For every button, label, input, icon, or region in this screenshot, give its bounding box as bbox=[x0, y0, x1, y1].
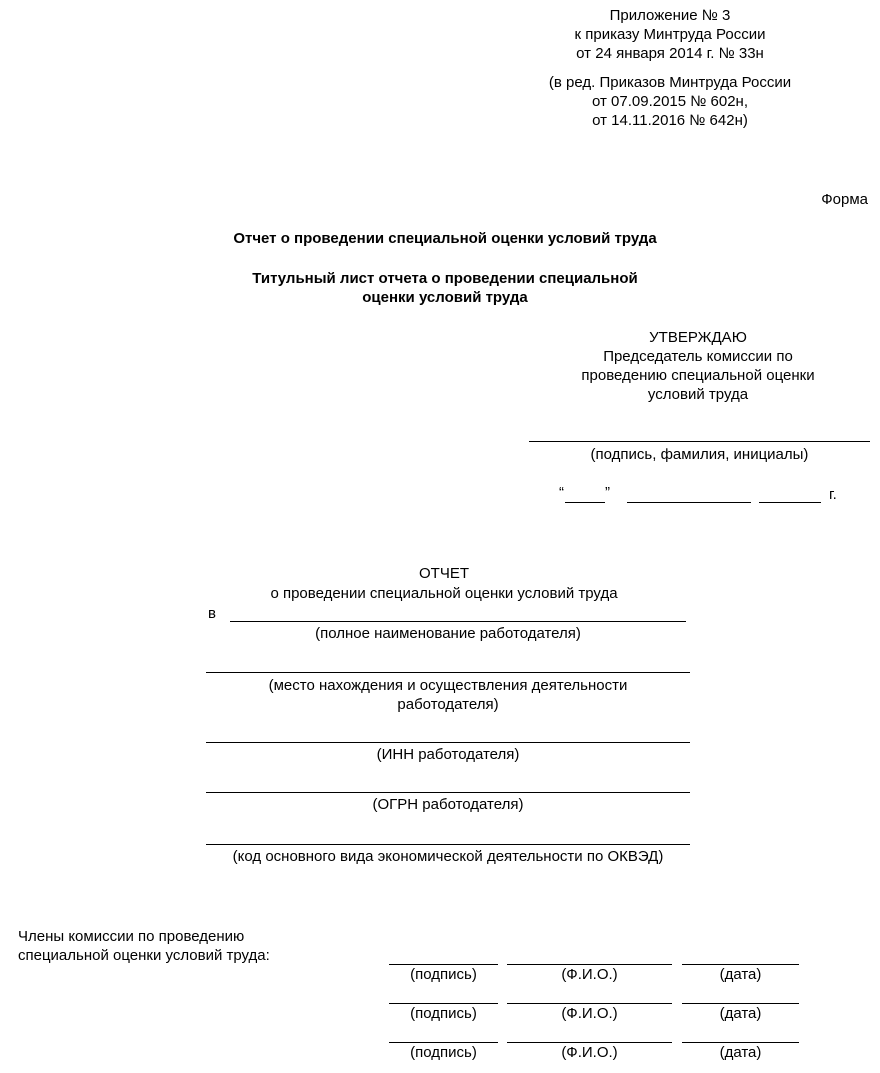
commission-field-caption: (дата) bbox=[682, 1044, 799, 1061]
employer-ogrn-caption: (ОГРН работодателя) bbox=[206, 796, 690, 813]
commission-field-line[interactable] bbox=[507, 1042, 672, 1043]
year-suffix: г. bbox=[829, 486, 837, 503]
employer-location-caption: (место нахождения и осуществления деятел… bbox=[206, 676, 690, 714]
commission-field-line[interactable] bbox=[507, 1003, 672, 1004]
appendix-line: от 24 января 2014 г. № 33н bbox=[540, 44, 800, 63]
commission-field-caption: (Ф.И.О.) bbox=[507, 1044, 672, 1061]
commission-field-line[interactable] bbox=[389, 1042, 498, 1043]
commission-field-line[interactable] bbox=[682, 1003, 799, 1004]
commission-field-line[interactable] bbox=[682, 1042, 799, 1043]
appendix-line: к приказу Минтруда России bbox=[540, 25, 800, 44]
employer-inn-line[interactable] bbox=[206, 742, 690, 743]
employer-okved-line[interactable] bbox=[206, 844, 690, 845]
approval-signature-line[interactable] bbox=[529, 441, 870, 442]
commission-field-line[interactable] bbox=[389, 1003, 498, 1004]
date-year-line[interactable] bbox=[759, 502, 821, 503]
amendment-line: от 14.11.2016 № 642н) bbox=[520, 111, 820, 130]
commission-field-line[interactable] bbox=[389, 964, 498, 965]
caption-line: работодателя) bbox=[206, 695, 690, 714]
commission-field-caption: (подпись) bbox=[389, 1044, 498, 1061]
commission-label-line: специальной оценки условий труда: bbox=[18, 946, 270, 965]
caption-line: (место нахождения и осуществления деятел… bbox=[206, 676, 690, 695]
subtitle-line: оценки условий труда bbox=[150, 288, 740, 307]
date-month-line[interactable] bbox=[627, 502, 751, 503]
employer-inn-caption: (ИНН работодателя) bbox=[206, 746, 690, 763]
approval-line: условий труда bbox=[548, 385, 848, 404]
approval-line: проведению специальной оценки bbox=[548, 366, 848, 385]
commission-field-line[interactable] bbox=[682, 964, 799, 965]
date-day-line[interactable] bbox=[565, 502, 605, 503]
document-title: Отчет о проведении специальной оценки ус… bbox=[150, 230, 740, 247]
approval-block: УТВЕРЖДАЮ Председатель комиссии по прове… bbox=[548, 328, 848, 404]
date-close-quote: ” bbox=[605, 484, 610, 501]
document-subtitle: Титульный лист отчета о проведении специ… bbox=[150, 269, 740, 307]
amendment-line: (в ред. Приказов Минтруда России bbox=[520, 73, 820, 92]
commission-field-caption: (подпись) bbox=[389, 1005, 498, 1022]
approval-signature-caption: (подпись, фамилия, инициалы) bbox=[529, 446, 870, 463]
employer-name-caption: (полное наименование работодателя) bbox=[206, 625, 690, 642]
form-label: Форма bbox=[821, 191, 868, 208]
report-heading: ОТЧЕТ bbox=[190, 565, 698, 582]
commission-field-caption: (дата) bbox=[682, 1005, 799, 1022]
commission-field-caption: (Ф.И.О.) bbox=[507, 1005, 672, 1022]
report-subheading: о проведении специальной оценки условий … bbox=[190, 585, 698, 602]
commission-label-line: Члены комиссии по проведению bbox=[18, 927, 270, 946]
commission-label: Члены комиссии по проведению специальной… bbox=[18, 927, 270, 965]
appendix-line: Приложение № 3 bbox=[540, 6, 800, 25]
employer-name-line[interactable] bbox=[230, 621, 686, 622]
report-prefix-in: в bbox=[208, 605, 216, 622]
employer-location-line[interactable] bbox=[206, 672, 690, 673]
date-open-quote: “ bbox=[559, 484, 564, 501]
amendment-line: от 07.09.2015 № 602н, bbox=[520, 92, 820, 111]
subtitle-line: Титульный лист отчета о проведении специ… bbox=[150, 269, 740, 288]
approval-heading: УТВЕРЖДАЮ bbox=[548, 328, 848, 347]
employer-ogrn-line[interactable] bbox=[206, 792, 690, 793]
approval-line: Председатель комиссии по bbox=[548, 347, 848, 366]
commission-field-caption: (дата) bbox=[682, 966, 799, 983]
commission-field-caption: (Ф.И.О.) bbox=[507, 966, 672, 983]
employer-okved-caption: (код основного вида экономической деятел… bbox=[200, 848, 696, 865]
commission-field-caption: (подпись) bbox=[389, 966, 498, 983]
commission-field-line[interactable] bbox=[507, 964, 672, 965]
amendments-block: (в ред. Приказов Минтруда России от 07.0… bbox=[520, 73, 820, 130]
appendix-block: Приложение № 3 к приказу Минтруда России… bbox=[540, 6, 800, 63]
